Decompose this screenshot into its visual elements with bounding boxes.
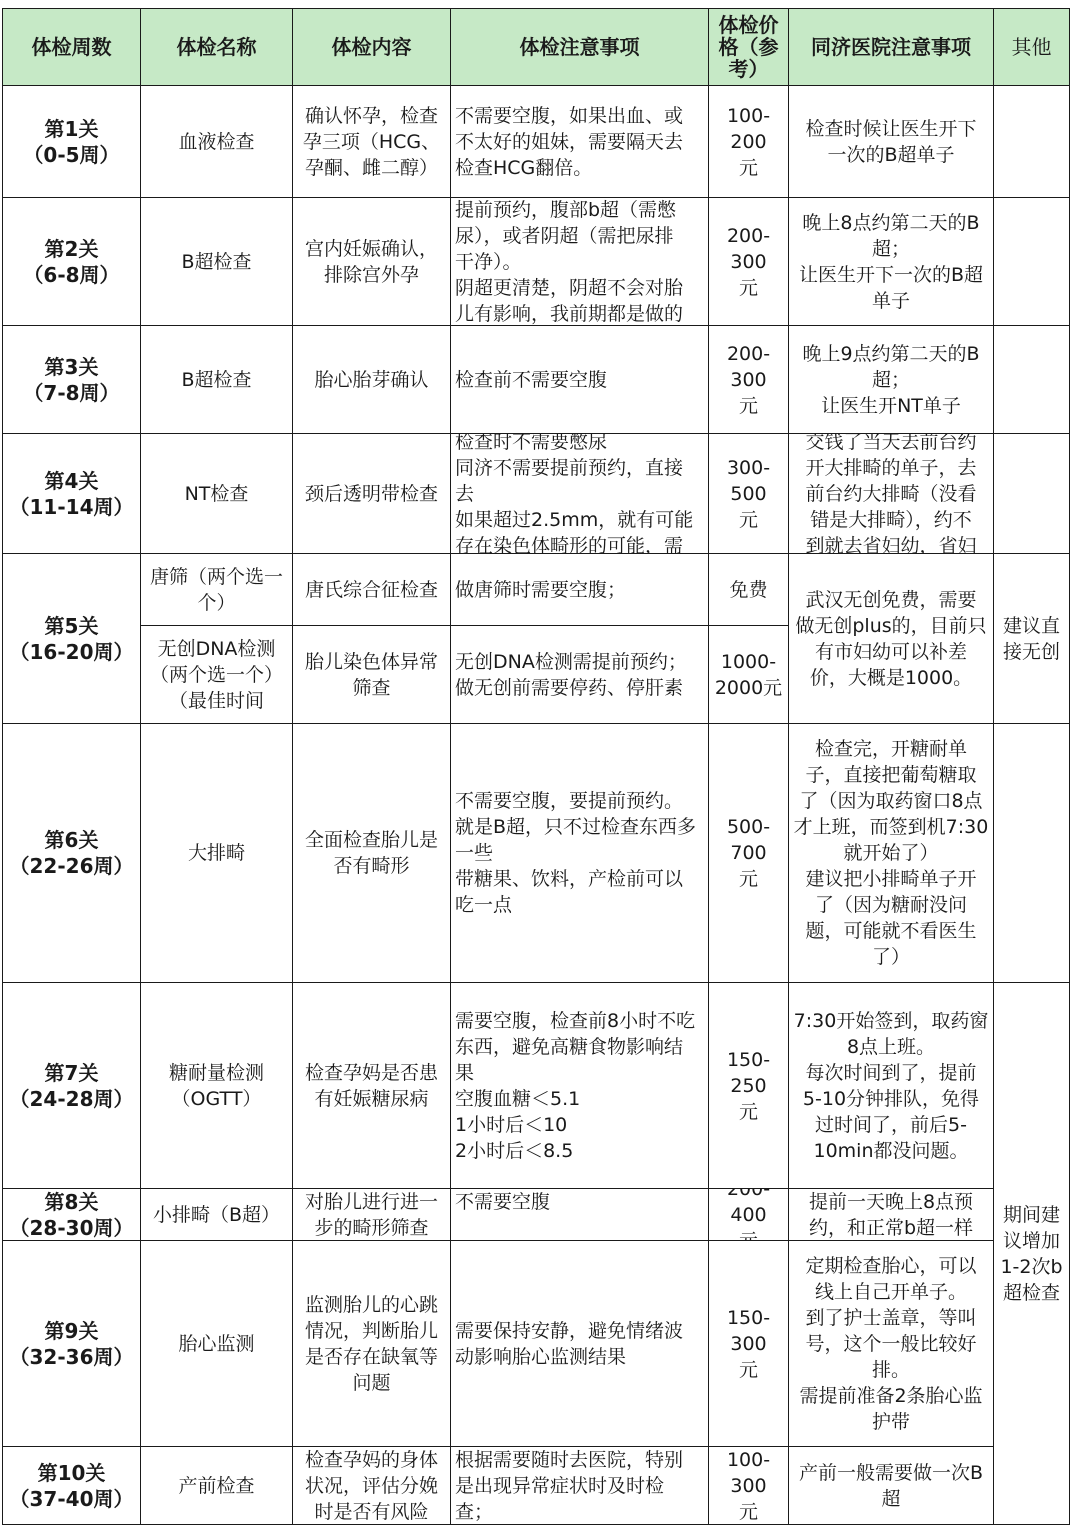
row7-stage: 第7关 （24-28周） (2, 982, 141, 1189)
row1-tongji: 检查时候让医生开下 一次的B超单子 (788, 85, 994, 198)
row6-name: 大排畸 (140, 723, 293, 983)
exam-price: 200-300 元 (709, 341, 788, 419)
header-tongji-notes-label: 同济医院注意事项 (808, 34, 974, 60)
header-weeks: 体检周数 (2, 8, 141, 86)
exam-name: B超检查 (178, 249, 254, 275)
row4-content: 颈后透明带检查 (292, 433, 451, 554)
exam-notes: 不需要空腹，如果出血、或 不太好的姐妹，需要隔天去 检查HCG翻倍。 (451, 103, 708, 181)
header-tongji-notes: 同济医院注意事项 (788, 8, 994, 86)
row7-price: 150-250 元 (708, 982, 789, 1189)
row2-name: B超检查 (140, 197, 293, 326)
stage-label: 第1关 （0-5周） (20, 116, 122, 168)
exam-content: 宫内妊娠确认， 排除宫外孕 (302, 236, 441, 288)
row5a-notes: 做唐筛时需要空腹； (450, 553, 709, 626)
tongji-notes: 定期检查胎心，可以 线上自己开单子。 到了护士盖章，等叫 号，这个一般比较好 排… (796, 1253, 985, 1435)
exam-notes: 需要保持安静，避免情绪波 动影响胎心监测结果 (451, 1318, 708, 1370)
stage-label: 第8关 （28-30周） (7, 1189, 137, 1241)
exam-price: 免费 (726, 577, 770, 603)
row7-content: 检查孕妈是否患 有妊娠糖尿病 (292, 982, 451, 1189)
row9-name: 胎心监测 (140, 1240, 293, 1447)
row7-notes: 需要空腹，检查前8小时不吃 东西，避免高糖食物影响结 果 空腹血糖＜5.1 1小… (450, 982, 709, 1189)
row10-tongji: 产前一般需要做一次B 超 (788, 1446, 994, 1525)
row8-price: 200-400 元 (708, 1188, 789, 1241)
row5b-content: 胎儿染色体异常 筛查 (292, 625, 451, 724)
row5-tongji: 武汉无创免费，需要 做无创plus的，目前只 有市妇幼可以补差 价，大概是100… (788, 553, 994, 724)
row5-stage: 第5关 （16-20周） (2, 553, 141, 724)
exam-name: 产前检查 (175, 1473, 257, 1499)
exam-price: 150-250 元 (709, 1047, 788, 1125)
header-price-label: 体检价 格（参 考） (716, 14, 782, 80)
exam-name: 无创DNA检测 （两个选一个） （最佳时间 (147, 636, 286, 714)
exam-name: 小排畸（B超） (150, 1202, 283, 1228)
header-exam-notes-label: 体检注意事项 (517, 34, 643, 60)
row5a-content: 唐氏综合征检查 (292, 553, 451, 626)
row8-tongji: 提前一天晚上8点预 约，和正常b超一样 (788, 1188, 994, 1241)
stage-label: 第2关 （6-8周） (20, 236, 122, 288)
row5b-name: 无创DNA检测 （两个选一个） （最佳时间 (140, 625, 293, 724)
row4-price: 300-500 元 (708, 433, 789, 554)
header-exam-content-label: 体检内容 (329, 34, 415, 60)
row9-content: 监测胎儿的心跳 情况，判断胎儿 是否存在缺氧等 问题 (292, 1240, 451, 1447)
row1-notes: 不需要空腹，如果出血、或 不太好的姐妹，需要隔天去 检查HCG翻倍。 (450, 85, 709, 198)
header-other: 其他 (993, 8, 1070, 86)
row1-stage: 第1关 （0-5周） (2, 85, 141, 198)
tongji-notes: 7:30开始签到，取药窗 8点上班。 每次时间到了，提前 5-10分钟排队，免得… (791, 1008, 992, 1164)
prenatal-checkup-table: 体检周数 体检名称 体检内容 体检注意事项 体检价 格（参 考） 同济医院注意事… (2, 8, 1070, 1525)
exam-content: 全面检查胎儿是 否有畸形 (302, 827, 441, 879)
row7-tongji: 7:30开始签到，取药窗 8点上班。 每次时间到了，提前 5-10分钟排队，免得… (788, 982, 994, 1189)
row2-content: 宫内妊娠确认， 排除宫外孕 (292, 197, 451, 326)
exam-price: 200-400 元 (709, 1188, 788, 1241)
exam-notes: 提前预约，腹部b超（需憋 尿），或者阴超（需把尿排 干净）。 阴超更清楚，阴超不… (451, 197, 708, 326)
exam-content: 对胎儿进行进一 步的畸形筛查 (302, 1189, 441, 1241)
row6-content: 全面检查胎儿是 否有畸形 (292, 723, 451, 983)
stage-label: 第10关 （37-40周） (7, 1460, 137, 1512)
row8-notes: 不需要空腹 (450, 1188, 709, 1241)
row5b-price: 1000- 2000元 (708, 625, 789, 724)
row8-stage: 第8关 （28-30周） (2, 1188, 141, 1241)
row8-content: 对胎儿进行进一 步的畸形筛查 (292, 1188, 451, 1241)
row9-price: 150-300 元 (708, 1240, 789, 1447)
row10-content: 检查孕妈的身体 状况，评估分娩 时是否有风险 (292, 1446, 451, 1525)
stage-label: 第4关 （11-14周） (7, 468, 137, 520)
exam-price: 1000- 2000元 (712, 649, 785, 701)
exam-price: 150-300 元 (709, 1305, 788, 1383)
exam-name: 唐筛（两个选一 个） (147, 564, 286, 616)
row4-stage: 第4关 （11-14周） (2, 433, 141, 554)
exam-notes: 需要空腹，检查前8小时不吃 东西，避免高糖食物影响结 果 空腹血糖＜5.1 1小… (451, 1008, 708, 1164)
row5a-price: 免费 (708, 553, 789, 626)
stage-label: 第9关 （32-36周） (7, 1318, 137, 1370)
row4-notes: 检查时不需要憋尿 同济不需要提前预约，直接 去 如果超过2.5mm，就有可能 存… (450, 433, 709, 554)
rows7-10-other: 期间建 议增加 1-2次b 超检查 (993, 982, 1070, 1525)
row3-tongji: 晚上9点约第二天的B 超； 让医生开NT单子 (788, 325, 994, 434)
other-notes: 建议直 接无创 (1000, 613, 1063, 665)
exam-content: 检查孕妈的身体 状况，评估分娩 时是否有风险 (302, 1447, 441, 1525)
row3-price: 200-300 元 (708, 325, 789, 434)
row6-other (993, 723, 1070, 983)
row5b-notes: 无创DNA检测需提前预约； 做无创前需要停药、停肝素 (450, 625, 709, 724)
exam-name: B超检查 (178, 367, 254, 393)
row10-notes: 根据需要随时去医院，特别 是出现异常症状时及时检 查； (450, 1446, 709, 1525)
exam-notes: 根据需要随时去医院，特别 是出现异常症状时及时检 查； (451, 1447, 708, 1525)
row3-content: 胎心胎芽确认 (292, 325, 451, 434)
tongji-notes: 提前一天晚上8点预 约，和正常b超一样 (806, 1189, 976, 1241)
row4-name: NT检查 (140, 433, 293, 554)
row5a-name: 唐筛（两个选一 个） (140, 553, 293, 626)
exam-notes: 不需要空腹 (451, 1189, 708, 1215)
exam-content: 确认怀孕，检查 孕三项（HCG、 孕酮、雌二醇） (300, 103, 443, 181)
tongji-notes: 晚上8点约第二天的B 超； 让医生开下一次的B超 单子 (796, 210, 986, 314)
row10-stage: 第10关 （37-40周） (2, 1446, 141, 1525)
header-exam-content: 体检内容 (292, 8, 451, 86)
exam-notes: 做唐筛时需要空腹； (451, 577, 708, 603)
exam-name: 糖耐量检测 （OGTT） (166, 1060, 267, 1112)
exam-price: 200-300 元 (709, 223, 788, 301)
row7-name: 糖耐量检测 （OGTT） (140, 982, 293, 1189)
row2-tongji: 晚上8点约第二天的B 超； 让医生开下一次的B超 单子 (788, 197, 994, 326)
row1-other (993, 85, 1070, 198)
row4-other (993, 433, 1070, 554)
exam-content: 检查孕妈是否患 有妊娠糖尿病 (302, 1060, 441, 1112)
row2-other (993, 197, 1070, 326)
other-notes: 期间建 议增加 1-2次b 超检查 (997, 1202, 1065, 1306)
row1-content: 确认怀孕，检查 孕三项（HCG、 孕酮、雌二醇） (292, 85, 451, 198)
stage-label: 第3关 （7-8周） (20, 354, 122, 406)
exam-notes: 无创DNA检测需提前预约； 做无创前需要停药、停肝素 (451, 649, 708, 701)
row10-price: 100-300 元 (708, 1446, 789, 1525)
row5-other: 建议直 接无创 (993, 553, 1070, 724)
row1-price: 100-200 元 (708, 85, 789, 198)
row9-tongji: 定期检查胎心，可以 线上自己开单子。 到了护士盖章，等叫 号，这个一般比较好 排… (788, 1240, 994, 1447)
stage-label: 第5关 （16-20周） (7, 613, 137, 665)
exam-price: 100-200 元 (709, 103, 788, 181)
row8-name: 小排畸（B超） (140, 1188, 293, 1241)
exam-notes: 检查前不需要空腹 (451, 367, 708, 393)
row4-tongji: 交钱了当天去前台约 开大排畸的单子，去 前台约大排畸（没看 错是大排畸），约不 … (788, 433, 994, 554)
tongji-notes: 产前一般需要做一次B 超 (796, 1460, 986, 1512)
row6-price: 500-700 元 (708, 723, 789, 983)
row9-stage: 第9关 （32-36周） (2, 1240, 141, 1447)
exam-content: 胎儿染色体异常 筛查 (302, 649, 441, 701)
header-exam-name-label: 体检名称 (174, 34, 260, 60)
tongji-notes: 检查时候让医生开下 一次的B超单子 (802, 116, 979, 168)
stage-label: 第6关 （22-26周） (7, 827, 137, 879)
row3-notes: 检查前不需要空腹 (450, 325, 709, 434)
header-other-label: 其他 (1009, 34, 1055, 60)
row2-price: 200-300 元 (708, 197, 789, 326)
exam-notes: 不需要空腹，要提前预约。 就是B超，只不过检查东西多 一些 带糖果、饮料，产检前… (451, 788, 708, 918)
header-price: 体检价 格（参 考） (708, 8, 789, 86)
exam-content: 监测胎儿的心跳 情况，判断胎儿 是否存在缺氧等 问题 (302, 1292, 441, 1396)
row6-stage: 第6关 （22-26周） (2, 723, 141, 983)
tongji-notes: 晚上9点约第二天的B 超； 让医生开NT单子 (799, 341, 982, 419)
row3-name: B超检查 (140, 325, 293, 434)
row6-notes: 不需要空腹，要提前预约。 就是B超，只不过检查东西多 一些 带糖果、饮料，产检前… (450, 723, 709, 983)
exam-content: 唐氏综合征检查 (302, 577, 441, 603)
tongji-notes: 武汉无创免费，需要 做无创plus的，目前只 有市妇幼可以补差 价，大概是100… (792, 587, 989, 691)
exam-name: 胎心监测 (175, 1331, 257, 1357)
exam-price: 100-300 元 (709, 1447, 788, 1525)
exam-price: 500-700 元 (709, 814, 788, 892)
header-exam-notes: 体检注意事项 (450, 8, 709, 86)
row9-notes: 需要保持安静，避免情绪波 动影响胎心监测结果 (450, 1240, 709, 1447)
row10-name: 产前检查 (140, 1446, 293, 1525)
tongji-notes: 检查完，开糖耐单 子，直接把葡萄糖取 了（因为取药窗口8点 才上班，而签到机7:… (791, 736, 992, 970)
exam-content: 颈后透明带检查 (302, 481, 441, 507)
exam-notes: 检查时不需要憋尿 同济不需要提前预约，直接 去 如果超过2.5mm，就有可能 存… (451, 433, 708, 554)
exam-name: NT检查 (182, 481, 252, 507)
row3-other (993, 325, 1070, 434)
exam-content: 胎心胎芽确认 (311, 367, 431, 393)
row1-name: 血液检查 (140, 85, 293, 198)
tongji-notes: 交钱了当天去前台约 开大排畸的单子，去 前台约大排畸（没看 错是大排畸），约不 … (802, 433, 979, 554)
header-weeks-label: 体检周数 (29, 34, 115, 60)
row2-notes: 提前预约，腹部b超（需憋 尿），或者阴超（需把尿排 干净）。 阴超更清楚，阴超不… (450, 197, 709, 326)
exam-name: 血液检查 (175, 129, 257, 155)
exam-name: 大排畸 (185, 840, 248, 866)
row2-stage: 第2关 （6-8周） (2, 197, 141, 326)
stage-label: 第7关 （24-28周） (7, 1060, 137, 1112)
row3-stage: 第3关 （7-8周） (2, 325, 141, 434)
row6-tongji: 检查完，开糖耐单 子，直接把葡萄糖取 了（因为取药窗口8点 才上班，而签到机7:… (788, 723, 994, 983)
header-exam-name: 体检名称 (140, 8, 293, 86)
exam-price: 300-500 元 (709, 455, 788, 533)
